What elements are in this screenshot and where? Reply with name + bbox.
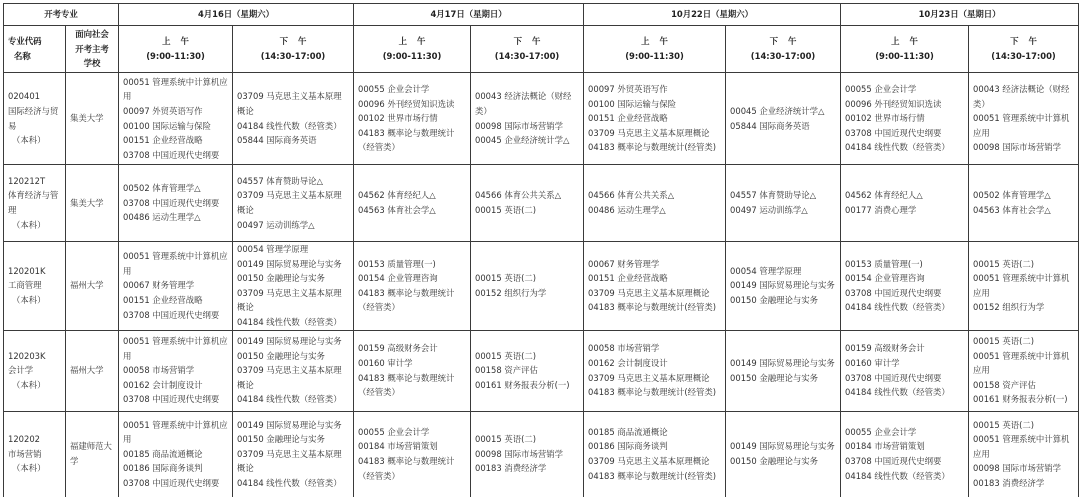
course-item: 04184 线性代数（经管类） — [237, 119, 349, 134]
slot-header-1: 下午(14:30-17:00) — [233, 26, 354, 73]
slot-header-4: 上午(9:00-11:30) — [584, 26, 726, 73]
course-item: 04563 体育社会学△ — [358, 203, 466, 218]
slot-header-3: 下午(14:30-17:00) — [471, 26, 584, 73]
slot-time: (9:00-11:30) — [625, 51, 684, 61]
course-item: 00054 管理学原理 — [237, 242, 349, 257]
slot-time: (9:00-11:30) — [146, 51, 205, 61]
course-item: 00186 国际商务谈判 — [588, 439, 721, 454]
course-item: 00100 国际运输与保险 — [123, 119, 228, 134]
major-name: 会计学 — [8, 363, 61, 378]
slot-header-7: 下午(14:30-17:00) — [969, 26, 1079, 73]
course-item: 00150 金融理论与实务 — [730, 454, 836, 469]
course-item: 00015 英语(二) — [475, 203, 579, 218]
course-item: 04184 线性代数（经管类） — [237, 476, 349, 491]
course-item: 00051 管理系统中计算机应用 — [123, 75, 228, 104]
course-item: 04183 概率论与数理统计(经管类) — [588, 140, 721, 155]
course-cell: 00159 高级财务会计00160 审计学03708 中国近现代史纲要04184… — [841, 330, 969, 411]
schedule-body: 020401国际经济与贸易（本科）集美大学00051 管理系统中计算机应用000… — [4, 73, 1079, 497]
slot-name: 下午 — [730, 34, 836, 49]
course-item: 00183 消费经济学 — [475, 461, 579, 476]
course-item: 00497 运动训练学△ — [237, 218, 349, 233]
major-code: 020401 — [8, 89, 61, 104]
major-cell: 120201K工商管理（本科） — [4, 242, 66, 331]
table-row: 120212T体育经济与管理（本科）集美大学00502 体育管理学△03708 … — [4, 165, 1079, 242]
course-item: 04184 线性代数（经管类） — [237, 315, 349, 330]
course-cell: 00054 管理学原理00149 国际贸易理论与实务00150 金融理论与实务 — [726, 242, 841, 331]
course-item: 04557 体育赞助导论△ — [730, 188, 836, 203]
major-code: 120212T — [8, 174, 61, 189]
course-cell: 00015 英语(二)00098 国际市场营销学00183 消费经济学 — [471, 411, 584, 497]
course-item: 00162 会计制度设计 — [588, 356, 721, 371]
major-level: （本科） — [8, 293, 61, 308]
school-header: 面向社会 开考主考 学校 — [66, 26, 119, 73]
course-cell: 00043 经济法概论（财经类）00051 管理系统中计算机应用00098 国际… — [969, 73, 1079, 165]
slot-time: (14:30-17:00) — [751, 51, 815, 61]
major-level: （本科） — [8, 378, 61, 393]
header-row-slots: 专业代码 名称 面向社会 开考主考 学校 上午(9:00-11:30) 下午(1… — [4, 26, 1079, 73]
course-item: 00151 企业经营战略 — [588, 111, 721, 126]
course-cell: 00153 质量管理(一)00154 企业管理咨询04183 概率论与数理统计（… — [354, 242, 471, 331]
course-item: 00186 国际商务谈判 — [123, 461, 228, 476]
course-item: 00151 企业经营战略 — [123, 133, 228, 148]
course-item: 00102 世界市场行情 — [358, 111, 466, 126]
course-item: 00149 国际贸易理论与实务 — [730, 278, 836, 293]
major-name: 市场营销 — [8, 447, 61, 462]
major-cell: 120212T体育经济与管理（本科） — [4, 165, 66, 242]
slot-name: 下午 — [237, 34, 349, 49]
course-item: 00154 企业管理咨询 — [845, 271, 964, 286]
course-item: 03708 中国近现代史纲要 — [123, 308, 228, 323]
course-item: 05844 国际商务英语 — [730, 119, 836, 134]
course-cell: 00015 英语(二)00051 管理系统中计算机应用00158 资产评估001… — [969, 330, 1079, 411]
school-cell: 福州大学 — [66, 330, 119, 411]
major-level: （本科） — [8, 461, 61, 476]
course-item: 03709 马克思主义基本原理概论 — [237, 286, 349, 315]
course-item: 04566 体育公共关系△ — [475, 188, 579, 203]
course-item: 03708 中国近现代史纲要 — [123, 148, 228, 163]
school-cell: 集美大学 — [66, 73, 119, 165]
course-item: 00158 资产评估 — [973, 378, 1074, 393]
course-item: 03708 中国近现代史纲要 — [123, 196, 228, 211]
course-item: 03708 中国近现代史纲要 — [123, 476, 228, 491]
course-item: 03708 中国近现代史纲要 — [845, 371, 964, 386]
slot-name: 上午 — [588, 34, 721, 49]
major-name: 体育经济与管理 — [8, 188, 61, 217]
course-item: 00098 国际市场营销学 — [973, 461, 1074, 476]
course-item: 00150 金融理论与实务 — [237, 271, 349, 286]
course-item: 00161 财务报表分析(一) — [973, 392, 1074, 407]
course-item: 00159 高级财务会计 — [845, 341, 964, 356]
course-cell: 04566 体育公共关系△00015 英语(二) — [471, 165, 584, 242]
course-item: 04183 概率论与数理统计(经管类) — [588, 385, 721, 400]
course-item: 00051 管理系统中计算机应用 — [973, 349, 1074, 378]
course-cell: 00153 质量管理(一)00154 企业管理咨询03708 中国近现代史纲要0… — [841, 242, 969, 331]
slot-name: 下午 — [475, 34, 579, 49]
school-label-line3: 学校 — [70, 56, 114, 71]
course-item: 00150 金融理论与实务 — [730, 371, 836, 386]
course-item: 00051 管理系统中计算机应用 — [973, 111, 1074, 140]
course-item: 04183 概率论与数理统计（经管类） — [358, 286, 466, 315]
course-item: 00185 商品流通概论 — [123, 447, 228, 462]
course-item: 00162 会计制度设计 — [123, 378, 228, 393]
course-cell: 00149 国际贸易理论与实务00150 金融理论与实务 — [726, 411, 841, 497]
course-cell: 00051 管理系统中计算机应用00058 市场营销学00162 会计制度设计0… — [119, 330, 233, 411]
course-item: 03708 中国近现代史纲要 — [123, 392, 228, 407]
course-item: 00160 审计学 — [358, 356, 466, 371]
course-cell: 00051 管理系统中计算机应用00185 商品流通概论00186 国际商务谈判… — [119, 411, 233, 497]
course-item: 00051 管理系统中计算机应用 — [123, 249, 228, 278]
school-cell: 福州大学 — [66, 242, 119, 331]
course-item: 00067 财务管理学 — [123, 278, 228, 293]
course-item: 04183 概率论与数理统计(经管类) — [588, 469, 721, 484]
course-item: 03708 中国近现代史纲要 — [845, 454, 964, 469]
course-cell: 00054 管理学原理00149 国际贸易理论与实务00150 金融理论与实务0… — [233, 242, 354, 331]
course-cell: 03709 马克思主义基本原理概论04184 线性代数（经管类）05844 国际… — [233, 73, 354, 165]
course-cell: 00149 国际贸易理论与实务00150 金融理论与实务03709 马克思主义基… — [233, 411, 354, 497]
major-name-label: 名称 — [8, 49, 61, 64]
course-item: 00097 外贸英语写作 — [123, 104, 228, 119]
major-level: （本科） — [8, 218, 61, 233]
course-item: 00152 组织行为学 — [475, 286, 579, 301]
course-item: 04566 体育公共关系△ — [588, 188, 721, 203]
header-row-dates: 开考专业 4月16日（星期六） 4月17日（星期日） 10月22日（星期六） 1… — [4, 4, 1079, 26]
course-item: 00051 管理系统中计算机应用 — [123, 418, 228, 447]
table-row: 120201K工商管理（本科）福州大学00051 管理系统中计算机应用00067… — [4, 242, 1079, 331]
course-cell: 00055 企业会计学00184 市场营销策划04183 概率论与数理统计（经管… — [354, 411, 471, 497]
slot-header-0: 上午(9:00-11:30) — [119, 26, 233, 73]
slot-name: 上午 — [358, 34, 466, 49]
course-item: 00158 资产评估 — [475, 363, 579, 378]
slot-name: 上午 — [123, 34, 228, 49]
major-code-label: 专业代码 — [8, 34, 61, 49]
course-item: 00058 市场营销学 — [588, 341, 721, 356]
course-cell: 00055 企业会计学00096 外刊经贸知识选读00102 世界市场行情041… — [354, 73, 471, 165]
course-item: 00149 国际贸易理论与实务 — [730, 439, 836, 454]
course-item: 03709 马克思主义基本原理概论 — [588, 454, 721, 469]
course-item: 03708 中国近现代史纲要 — [845, 286, 964, 301]
course-item: 00184 市场营销策划 — [845, 439, 964, 454]
course-cell: 04557 体育赞助导论△00497 运动训练学△ — [726, 165, 841, 242]
course-item: 04183 概率论与数理统计（经管类） — [358, 126, 466, 155]
course-item: 05844 国际商务英语 — [237, 133, 349, 148]
course-item: 00054 管理学原理 — [730, 264, 836, 279]
course-item: 00015 英语(二) — [973, 418, 1074, 433]
major-name: 国际经济与贸易 — [8, 104, 61, 133]
course-item: 00098 国际市场营销学 — [475, 447, 579, 462]
school-cell: 福建师范大学 — [66, 411, 119, 497]
slot-time: (14:30-17:00) — [261, 51, 325, 61]
course-item: 00159 高级财务会计 — [358, 341, 466, 356]
slot-header-6: 上午(9:00-11:30) — [841, 26, 969, 73]
course-item: 00177 消费心理学 — [845, 203, 964, 218]
course-item: 00043 经济法概论（财经类） — [475, 89, 579, 118]
course-item: 00497 运动训练学△ — [730, 203, 836, 218]
course-item: 00051 管理系统中计算机应用 — [123, 334, 228, 363]
course-cell: 00149 国际贸易理论与实务00150 金融理论与实务03709 马克思主义基… — [233, 330, 354, 411]
course-item: 00153 质量管理(一) — [358, 257, 466, 272]
course-item: 00051 管理系统中计算机应用 — [973, 271, 1074, 300]
course-item: 04562 体育经纪人△ — [845, 188, 964, 203]
course-cell: 00067 财务管理学00151 企业经营战略03709 马克思主义基本原理概论… — [584, 242, 726, 331]
course-cell: 00159 高级财务会计00160 审计学04183 概率论与数理统计（经管类） — [354, 330, 471, 411]
slot-header-2: 上午(9:00-11:30) — [354, 26, 471, 73]
course-item: 04562 体育经纪人△ — [358, 188, 466, 203]
course-item: 00185 商品流通概论 — [588, 425, 721, 440]
course-cell: 00015 英语(二)00152 组织行为学 — [471, 242, 584, 331]
course-item: 04563 体育社会学△ — [973, 203, 1074, 218]
course-item: 00098 国际市场营销学 — [973, 140, 1074, 155]
slot-time: (14:30-17:00) — [495, 51, 559, 61]
course-item: 04184 线性代数（经管类） — [845, 385, 964, 400]
major-code: 120201K — [8, 264, 61, 279]
course-cell: 00055 企业会计学00096 外刊经贸知识选读00102 世界市场行情037… — [841, 73, 969, 165]
course-cell: 00502 体育管理学△03708 中国近现代史纲要00486 运动生理学△ — [119, 165, 233, 242]
major-code: 120202 — [8, 432, 61, 447]
course-cell: 00015 英语(二)00158 资产评估00161 财务报表分析(一) — [471, 330, 584, 411]
course-item: 00051 管理系统中计算机应用 — [973, 432, 1074, 461]
course-item: 00055 企业会计学 — [358, 82, 466, 97]
course-item: 00015 英语(二) — [475, 432, 579, 447]
course-item: 00151 企业经营战略 — [588, 271, 721, 286]
course-item: 00015 英语(二) — [475, 349, 579, 364]
course-item: 03708 中国近现代史纲要 — [845, 126, 964, 141]
major-name: 工商管理 — [8, 278, 61, 293]
course-item: 04557 体育赞助导论△ — [237, 174, 349, 189]
course-item: 00067 财务管理学 — [588, 257, 721, 272]
course-cell: 04562 体育经纪人△00177 消费心理学 — [841, 165, 969, 242]
course-cell: 00043 经济法概论（财经类）00098 国际市场营销学00045 企业经济统… — [471, 73, 584, 165]
course-item: 00096 外刊经贸知识选读 — [358, 97, 466, 112]
course-cell: 00502 体育管理学△04563 体育社会学△ — [969, 165, 1079, 242]
course-item: 00015 英语(二) — [973, 257, 1074, 272]
course-cell: 00051 管理系统中计算机应用00097 外贸英语写作00100 国际运输与保… — [119, 73, 233, 165]
course-item: 00502 体育管理学△ — [123, 181, 228, 196]
course-item: 00015 英语(二) — [475, 271, 579, 286]
course-item: 00055 企业会计学 — [845, 425, 964, 440]
date-header-2: 10月22日（星期六） — [584, 4, 841, 26]
course-item: 00149 国际贸易理论与实务 — [237, 257, 349, 272]
course-item: 00055 企业会计学 — [358, 425, 466, 440]
slot-name: 下午 — [973, 34, 1074, 49]
course-item: 04183 概率论与数理统计(经管类) — [588, 300, 721, 315]
course-item: 00151 企业经营战略 — [123, 293, 228, 308]
course-item: 00149 国际贸易理论与实务 — [237, 418, 349, 433]
course-item: 00160 审计学 — [845, 356, 964, 371]
slot-time: (14:30-17:00) — [991, 51, 1055, 61]
course-item: 00152 组织行为学 — [973, 300, 1074, 315]
table-row: 020401国际经济与贸易（本科）集美大学00051 管理系统中计算机应用000… — [4, 73, 1079, 165]
course-item: 03709 马克思主义基本原理概论 — [588, 371, 721, 386]
course-item: 00097 外贸英语写作 — [588, 82, 721, 97]
course-item: 03709 马克思主义基本原理概论 — [237, 447, 349, 476]
course-cell: 04557 体育赞助导论△03709 马克思主义基本原理概论00497 运动训练… — [233, 165, 354, 242]
course-item: 00150 金融理论与实务 — [237, 349, 349, 364]
course-item: 00486 运动生理学△ — [123, 210, 228, 225]
course-cell: 00015 英语(二)00051 管理系统中计算机应用00098 国际市场营销学… — [969, 411, 1079, 497]
course-item: 04184 线性代数（经管类） — [845, 469, 964, 484]
course-item: 00184 市场营销策划 — [358, 439, 466, 454]
course-item: 00150 金融理论与实务 — [237, 432, 349, 447]
course-item: 03709 马克思主义基本原理概论 — [588, 286, 721, 301]
table-row: 120202市场营销（本科）福建师范大学00051 管理系统中计算机应用0018… — [4, 411, 1079, 497]
major-level: （本科） — [8, 133, 61, 148]
course-item: 00502 体育管理学△ — [973, 188, 1074, 203]
major-cell: 120203K会计学（本科） — [4, 330, 66, 411]
course-item: 00102 世界市场行情 — [845, 111, 964, 126]
major-cell: 020401国际经济与贸易（本科） — [4, 73, 66, 165]
table-row: 120203K会计学（本科）福州大学00051 管理系统中计算机应用00058 … — [4, 330, 1079, 411]
course-item: 00045 企业经济统计学△ — [730, 104, 836, 119]
course-item: 00153 质量管理(一) — [845, 257, 964, 272]
course-cell: 04566 体育公共关系△00486 运动生理学△ — [584, 165, 726, 242]
course-cell: 00045 企业经济统计学△05844 国际商务英语 — [726, 73, 841, 165]
slot-name: 上午 — [845, 34, 964, 49]
school-cell: 集美大学 — [66, 165, 119, 242]
course-item: 00096 外刊经贸知识选读 — [845, 97, 964, 112]
course-item: 04183 概率论与数理统计（经管类） — [358, 371, 466, 400]
exam-schedule-table: 开考专业 4月16日（星期六） 4月17日（星期日） 10月22日（星期六） 1… — [3, 3, 1079, 497]
course-item: 03709 马克思主义基本原理概论 — [237, 89, 349, 118]
course-item: 00150 金融理论与实务 — [730, 293, 836, 308]
course-cell: 00055 企业会计学00184 市场营销策划03708 中国近现代史纲要041… — [841, 411, 969, 497]
course-cell: 00149 国际贸易理论与实务00150 金融理论与实务 — [726, 330, 841, 411]
course-cell: 04562 体育经纪人△04563 体育社会学△ — [354, 165, 471, 242]
course-item: 00100 国际运输与保险 — [588, 97, 721, 112]
course-cell: 00015 英语(二)00051 管理系统中计算机应用00152 组织行为学 — [969, 242, 1079, 331]
course-cell: 00058 市场营销学00162 会计制度设计03709 马克思主义基本原理概论… — [584, 330, 726, 411]
course-item: 03709 马克思主义基本原理概论 — [237, 363, 349, 392]
course-cell: 00097 外贸英语写作00100 国际运输与保险00151 企业经营战略037… — [584, 73, 726, 165]
course-item: 03709 马克思主义基本原理概论 — [237, 188, 349, 217]
slot-time: (9:00-11:30) — [875, 51, 934, 61]
slot-header-5: 下午(14:30-17:00) — [726, 26, 841, 73]
course-item: 00154 企业管理咨询 — [358, 271, 466, 286]
course-item: 00149 国际贸易理论与实务 — [730, 356, 836, 371]
date-header-0: 4月16日（星期六） — [119, 4, 354, 26]
slot-time: (9:00-11:30) — [383, 51, 442, 61]
course-item: 00161 财务报表分析(一) — [475, 378, 579, 393]
school-label-line2: 开考主考 — [70, 42, 114, 57]
course-item: 04183 概率论与数理统计（经管类） — [358, 454, 466, 483]
course-item: 00015 英语(二) — [973, 334, 1074, 349]
course-item: 00058 市场营销学 — [123, 363, 228, 378]
course-item: 03709 马克思主义基本原理概论 — [588, 126, 721, 141]
course-item: 00045 企业经济统计学△ — [475, 133, 579, 148]
course-item: 00486 运动生理学△ — [588, 203, 721, 218]
course-item: 00098 国际市场营销学 — [475, 119, 579, 134]
course-item: 00043 经济法概论（财经类） — [973, 82, 1074, 111]
date-header-3: 10月23日（星期日） — [841, 4, 1079, 26]
course-item: 04184 线性代数（经管类） — [845, 140, 964, 155]
major-group-header: 开考专业 — [4, 4, 119, 26]
major-cell: 120202市场营销（本科） — [4, 411, 66, 497]
course-item: 04184 线性代数（经管类） — [237, 392, 349, 407]
course-item: 00055 企业会计学 — [845, 82, 964, 97]
major-code-name-header: 专业代码 名称 — [4, 26, 66, 73]
course-item: 00149 国际贸易理论与实务 — [237, 334, 349, 349]
course-cell: 00051 管理系统中计算机应用00067 财务管理学00151 企业经营战略0… — [119, 242, 233, 331]
course-cell: 00185 商品流通概论00186 国际商务谈判03709 马克思主义基本原理概… — [584, 411, 726, 497]
course-item: 04184 线性代数（经管类） — [845, 300, 964, 315]
date-header-1: 4月17日（星期日） — [354, 4, 584, 26]
school-label-line1: 面向社会 — [70, 27, 114, 42]
course-item: 00183 消费经济学 — [973, 476, 1074, 491]
major-code: 120203K — [8, 349, 61, 364]
